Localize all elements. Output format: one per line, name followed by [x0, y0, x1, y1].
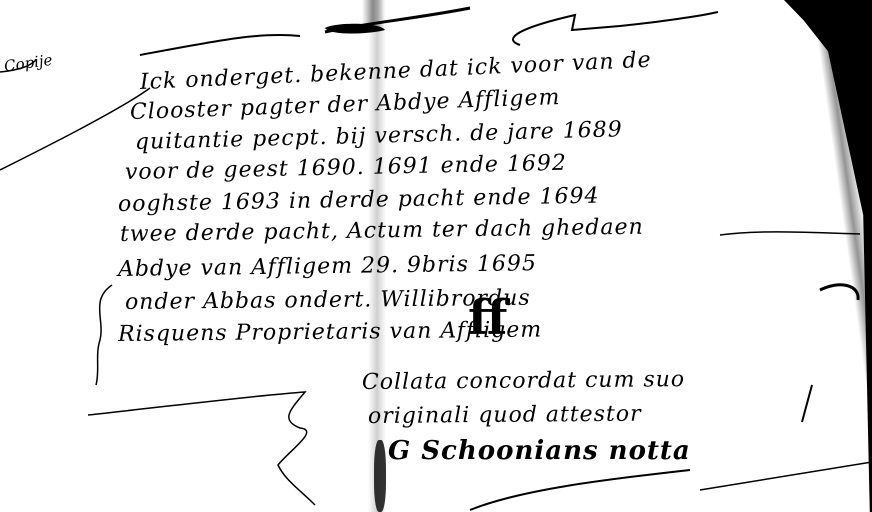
manuscript-line-6: twee derde pacht, Actum ter dach ghedaen [120, 215, 644, 247]
attestation-line-1: Collata concordat cum suo [362, 367, 685, 395]
manuscript-page: Copije Ick onderget. bekenne dat ick voo… [0, 0, 872, 512]
notary-mark-icon: ff [468, 290, 507, 346]
margin-note: Copije [3, 51, 53, 76]
notary-signature: G Schoonians notta [388, 436, 691, 466]
manuscript-line-5: ooghste 1693 in derde pacht ende 1694 [118, 184, 600, 217]
attestation-line-2: originali quod attestor [368, 402, 642, 429]
ink-blot [374, 440, 386, 512]
manuscript-line-1: Ick onderget. bekenne dat ick voor van d… [139, 48, 652, 95]
manuscript-line-4: voor de geest 1690. 1691 ende 1692 [125, 151, 567, 185]
manuscript-line-7: Abdye van Affligem 29. 9bris 1695 [118, 251, 537, 282]
